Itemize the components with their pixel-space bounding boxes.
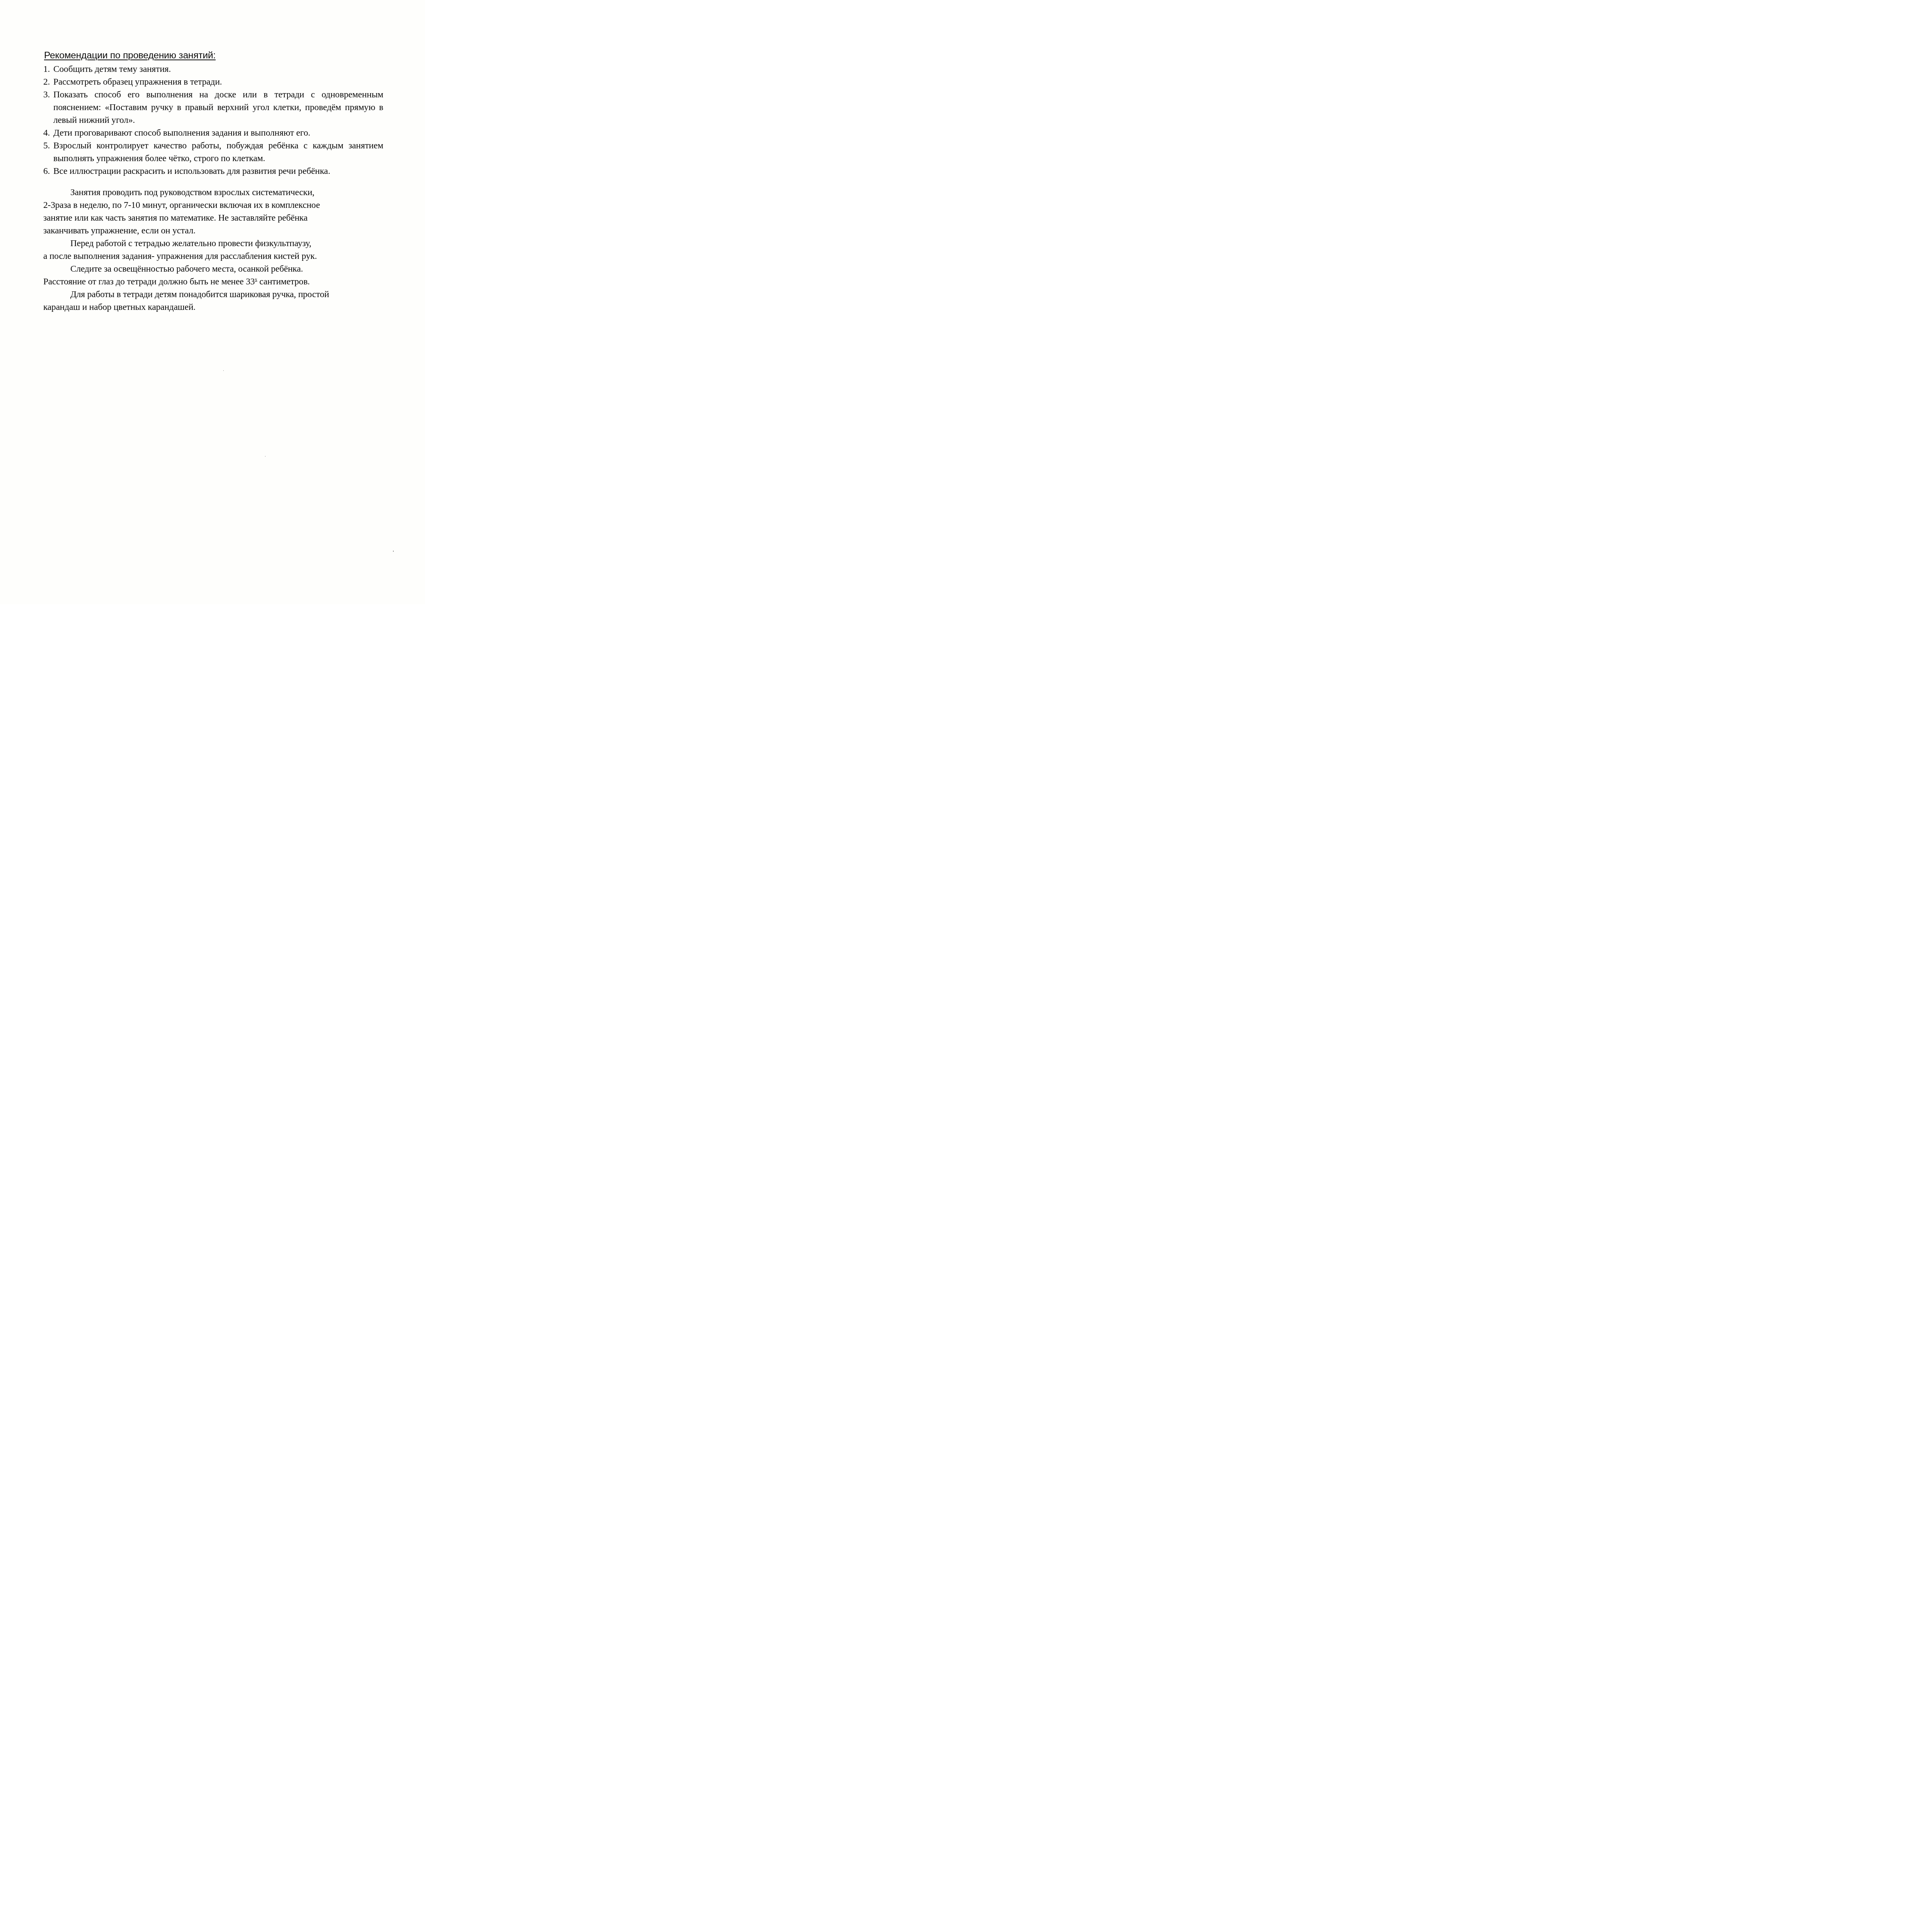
- paragraph-lighting-posture: Следите за освещённостью рабочего места,…: [43, 263, 383, 288]
- list-item: 1. Сообщить детям тему занятия.: [43, 63, 383, 76]
- list-item-number: 5.: [43, 139, 50, 152]
- paragraph-line: Для работы в тетради детям понадобится ш…: [43, 288, 383, 301]
- scanned-page: Рекомендации по проведению занятий: 1. С…: [0, 0, 425, 604]
- list-item-number: 2.: [43, 76, 50, 88]
- list-item: 2. Рассмотреть образец упражнения в тетр…: [43, 76, 383, 88]
- scan-speck: [393, 551, 394, 552]
- paragraph-schedule: Занятия проводить под руководством взрос…: [43, 186, 383, 237]
- paragraph-line: 2-3раза в неделю, по 7-10 минут, органич…: [43, 199, 383, 212]
- paragraph-line: Перед работой с тетрадью желательно пров…: [43, 237, 383, 250]
- list-item-text: Сообщить детям тему занятия.: [53, 64, 171, 74]
- list-item: 6. Все иллюстрации раскрасить и использо…: [43, 165, 383, 178]
- list-item: 5. Взрослый контролирует качество работы…: [43, 139, 383, 165]
- paragraph-line: Следите за освещённостью рабочего места,…: [43, 263, 383, 276]
- paragraph-line: заканчивать упражнение, если он устал.: [43, 224, 383, 237]
- list-item-number: 4.: [43, 127, 50, 139]
- paragraph-supplies: Для работы в тетради детям понадобится ш…: [43, 288, 383, 314]
- list-item-number: 3.: [43, 88, 50, 101]
- distance-text: Расстояние от глаз до тетради должно быт…: [43, 277, 255, 287]
- page-content: Рекомендации по проведению занятий: 1. С…: [43, 49, 383, 314]
- list-item: 3. Показать способ его выполнения на дос…: [43, 88, 383, 127]
- list-item-text: Взрослый контролирует качество работы, п…: [53, 141, 383, 163]
- list-item: 4. Дети проговаривают способ выполнения …: [43, 127, 383, 139]
- page-title: Рекомендации по проведению занятий:: [44, 49, 383, 62]
- list-item-text: Все иллюстрации раскрасить и использоват…: [53, 166, 330, 176]
- paragraph-line: а после выполнения задания- упражнения д…: [43, 250, 383, 263]
- distance-unit-text: сантиметров.: [257, 277, 310, 287]
- recommendations-list: 1. Сообщить детям тему занятия. 2. Рассм…: [43, 63, 383, 178]
- paragraph-line: Расстояние от глаз до тетради должно быт…: [43, 276, 383, 288]
- scan-speck: [223, 370, 224, 371]
- paragraph-line: карандаш и набор цветных карандашей.: [43, 301, 383, 314]
- list-item-text: Дети проговаривают способ выполнения зад…: [53, 128, 310, 138]
- list-item-text: Рассмотреть образец упражнения в тетради…: [53, 77, 222, 87]
- list-item-number: 6.: [43, 165, 50, 178]
- paragraph-line: занятие или как часть занятия по математ…: [43, 212, 383, 224]
- scan-speck: [265, 456, 265, 457]
- list-item-number: 1.: [43, 63, 50, 76]
- paragraph-exercise-break: Перед работой с тетрадью желательно пров…: [43, 237, 383, 263]
- list-item-text: Показать способ его выполнения на доске …: [53, 90, 383, 125]
- section-spacer: [43, 178, 383, 186]
- paragraph-line: Занятия проводить под руководством взрос…: [43, 186, 383, 199]
